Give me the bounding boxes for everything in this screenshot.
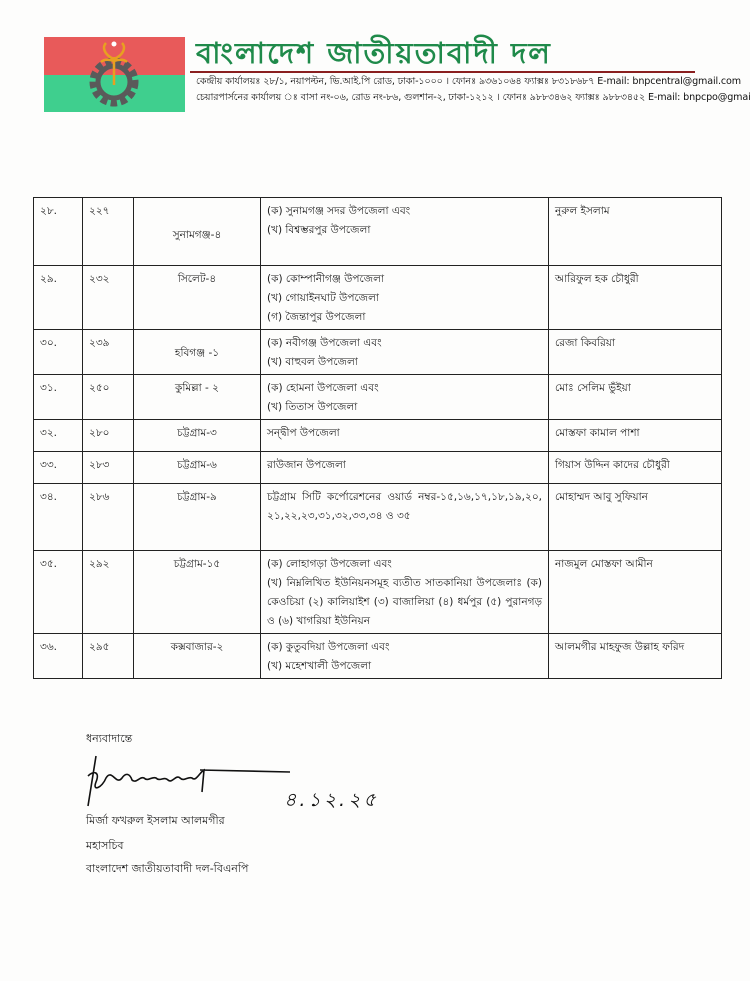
table-row: ৩৩.২৮৩চট্টগ্রাম-৬রাউজান উপজেলাগিয়াস উদ্…: [34, 452, 722, 484]
candidate-cell: নুরুল ইসলাম: [549, 198, 722, 266]
seat-number-cell: ২৮৬: [83, 484, 134, 551]
table-row: ৩০.২৩৯হবিগঞ্জ -১(ক) নবীগঞ্জ উপজেলা এবং(খ…: [34, 330, 722, 375]
closing-thanks: ধন্যবাদান্তে: [86, 730, 132, 749]
seat-number-cell: ২৩২: [83, 266, 134, 330]
seat-name-cell: সিলেট-৪: [134, 266, 261, 330]
area-line: সন্দ্বীপ উপজেলা: [267, 424, 542, 443]
area-line: (ক) কোম্পানীগঞ্জ উপজেলা: [267, 270, 542, 289]
seat-number-cell: ২৮৩: [83, 452, 134, 484]
serial-cell: ৩০.: [34, 330, 83, 375]
area-line: (খ) গোয়াইনঘাট উপজেলা: [267, 289, 542, 308]
party-flag-logo: [44, 37, 185, 112]
table-row: ২৮.২২৭সুনামগঞ্জ-৪(ক) সুনামগঞ্জ সদর উপজেল…: [34, 198, 722, 266]
serial-cell: ৩২.: [34, 420, 83, 452]
signature-icon: [82, 748, 302, 810]
seat-name-cell: হবিগঞ্জ -১: [134, 330, 261, 375]
signer-name: মির্জা ফখরুল ইসলাম আলমগীর: [86, 812, 225, 831]
serial-cell: ৩১.: [34, 375, 83, 420]
seat-name-cell: চট্টগ্রাম-১৫: [134, 551, 261, 634]
seat-number-cell: ২৯২: [83, 551, 134, 634]
signer-organization: বাংলাদেশ জাতীয়তাবাদী দল-বিএনপি: [86, 860, 249, 879]
serial-cell: ৩৩.: [34, 452, 83, 484]
table-row: ৩৪.২৮৬চট্টগ্রাম-৯চট্টগ্রাম সিটি কর্পোরেশ…: [34, 484, 722, 551]
seat-name-cell: চট্টগ্রাম-৩: [134, 420, 261, 452]
chairperson-office-address: চেয়ারপার্সনের কার্যালয় ঃ বাসা নং-০৬, র…: [196, 91, 750, 106]
serial-cell: ৩৬.: [34, 634, 83, 679]
area-line: (খ) তিতাস উপজেলা: [267, 398, 542, 417]
candidate-cell: মোস্তফা কামাল পাশা: [549, 420, 722, 452]
area-line: (ক) হোমনা উপজেলা এবং: [267, 379, 542, 398]
central-office-address: কেন্দ্রীয় কার্যালয়ঃ ২৮/১, নয়াপল্টন, ভ…: [196, 75, 741, 90]
seat-name-cell: কুমিল্লা - ২: [134, 375, 261, 420]
area-line: (ক) লোহাগড়া উপজেলা এবং: [267, 555, 542, 574]
area-cell: রাউজান উপজেলা: [261, 452, 549, 484]
candidate-cell: মোঃ সেলিম ভুঁইয়া: [549, 375, 722, 420]
candidate-cell: মোহাম্মদ আবু সুফিয়ান: [549, 484, 722, 551]
serial-cell: ২৯.: [34, 266, 83, 330]
serial-cell: ২৮.: [34, 198, 83, 266]
area-cell: চট্টগ্রাম সিটি কর্পোরেশনের ওয়ার্ড নম্বর…: [261, 484, 549, 551]
area-line: (খ) বাহুবল উপজেলা: [267, 353, 542, 372]
gear-wheat-emblem-icon: [44, 37, 185, 112]
area-cell: (ক) লোহাগড়া উপজেলা এবং(খ) নিম্নলিখিত ইউ…: [261, 551, 549, 634]
area-line: (খ) বিশ্বম্ভরপুর উপজেলা: [267, 221, 542, 240]
signature-date: ৪.১২.২৫: [284, 786, 379, 818]
seat-number-cell: ২২৭: [83, 198, 134, 266]
seat-name-cell: চট্টগ্রাম-৯: [134, 484, 261, 551]
area-line: (ক) সুনামগঞ্জ সদর উপজেলা এবং: [267, 202, 542, 221]
candidate-cell: নাজমুল মোস্তফা আমীন: [549, 551, 722, 634]
serial-cell: ৩৫.: [34, 551, 83, 634]
seat-name-cell: চট্টগ্রাম-৬: [134, 452, 261, 484]
area-line: (ক) নবীগঞ্জ উপজেলা এবং: [267, 334, 542, 353]
serial-cell: ৩৪.: [34, 484, 83, 551]
area-line: (গ) জৈন্তাপুর উপজেলা: [267, 308, 542, 327]
table-row: ৩১.২৫০কুমিল্লা - ২(ক) হোমনা উপজেলা এবং(খ…: [34, 375, 722, 420]
area-cell: (ক) নবীগঞ্জ উপজেলা এবং(খ) বাহুবল উপজেলা: [261, 330, 549, 375]
area-line: (খ) মহেশখালী উপজেলা: [267, 657, 542, 676]
table-row: ৩৫.২৯২চট্টগ্রাম-১৫(ক) লোহাগড়া উপজেলা এব…: [34, 551, 722, 634]
seat-name-cell: কক্সবাজার-২: [134, 634, 261, 679]
seat-number-cell: ২৫০: [83, 375, 134, 420]
candidate-cell: আলমগীর মাহফুজ উল্লাহ ফরিদ: [549, 634, 722, 679]
area-cell: (ক) কোম্পানীগঞ্জ উপজেলা(খ) গোয়াইনঘাট উপ…: [261, 266, 549, 330]
seat-number-cell: ২৮০: [83, 420, 134, 452]
area-cell: (ক) হোমনা উপজেলা এবং(খ) তিতাস উপজেলা: [261, 375, 549, 420]
signer-title: মহাসচিব: [86, 837, 124, 856]
area-line: রাউজান উপজেলা: [267, 456, 542, 475]
seat-number-cell: ২৯৫: [83, 634, 134, 679]
area-cell: সন্দ্বীপ উপজেলা: [261, 420, 549, 452]
area-line: (ক) কুতুবদিয়া উপজেলা এবং: [267, 638, 542, 657]
table-row: ২৯.২৩২সিলেট-৪(ক) কোম্পানীগঞ্জ উপজেলা(খ) …: [34, 266, 722, 330]
party-name-heading: বাংলাদেশ জাতীয়তাবাদী দল: [196, 36, 696, 70]
area-line: চট্টগ্রাম সিটি কর্পোরেশনের ওয়ার্ড নম্বর…: [267, 488, 542, 526]
area-line: (খ) নিম্নলিখিত ইউনিয়নসমূহ ব্যতীত সাতকান…: [267, 574, 542, 631]
header-divider: [190, 71, 695, 73]
area-cell: (ক) সুনামগঞ্জ সদর উপজেলা এবং(খ) বিশ্বম্ভ…: [261, 198, 549, 266]
candidate-cell: রেজা কিবরিয়া: [549, 330, 722, 375]
candidate-seat-table: ২৮.২২৭সুনামগঞ্জ-৪(ক) সুনামগঞ্জ সদর উপজেল…: [33, 197, 722, 679]
table-row: ৩৬.২৯৫কক্সবাজার-২(ক) কুতুবদিয়া উপজেলা এ…: [34, 634, 722, 679]
table-row: ৩২.২৮০চট্টগ্রাম-৩সন্দ্বীপ উপজেলামোস্তফা …: [34, 420, 722, 452]
seat-number-cell: ২৩৯: [83, 330, 134, 375]
candidate-cell: আরিফুল হক চৌধুরী: [549, 266, 722, 330]
area-cell: (ক) কুতুবদিয়া উপজেলা এবং(খ) মহেশখালী উপ…: [261, 634, 549, 679]
candidate-cell: গিয়াস উদ্দিন কাদের চৌধুরী: [549, 452, 722, 484]
seat-name-cell: সুনামগঞ্জ-৪: [134, 198, 261, 266]
